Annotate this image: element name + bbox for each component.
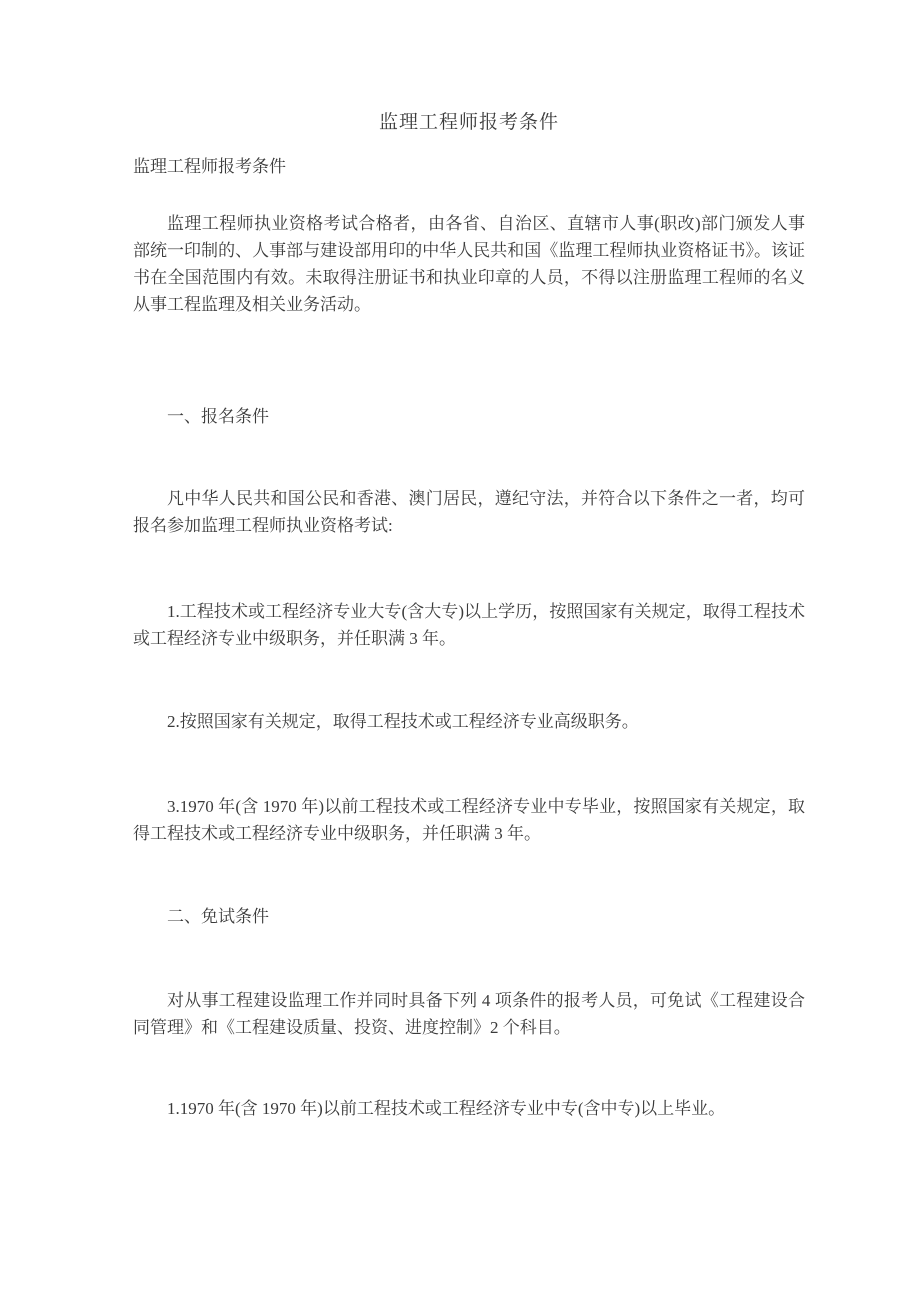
section-1-heading: 一、报名条件: [133, 403, 805, 430]
document-page: 监理工程师报考条件 监理工程师报考条件 监理工程师执业资格考试合格者，由各省、自…: [0, 0, 920, 1302]
section-1-item-2: 2.按照国家有关规定，取得工程技术或工程经济专业高级职务。: [133, 708, 805, 735]
section-1-lead-paragraph: 凡中华人民共和国公民和香港、澳门居民，遵纪守法，并符合以下条件之一者，均可报名参…: [133, 485, 805, 539]
section-1-item-3: 3.1970 年(含 1970 年)以前工程技术或工程经济专业中专毕业，按照国家…: [133, 793, 805, 847]
intro-paragraph: 监理工程师执业资格考试合格者，由各省、自治区、直辖市人事(职改)部门颁发人事部统…: [133, 210, 805, 318]
section-2-item-1: 1.1970 年(含 1970 年)以前工程技术或工程经济专业中专(含中专)以上…: [133, 1095, 805, 1122]
document-title: 监理工程师报考条件: [133, 109, 805, 136]
section-1-item-1: 1.工程技术或工程经济专业大专(含大专)以上学历，按照国家有关规定，取得工程技术…: [133, 598, 805, 652]
section-2-heading: 二、免试条件: [133, 903, 805, 930]
section-2-lead-paragraph: 对从事工程建设监理工作并同时具备下列 4 项条件的报考人员，可免试《工程建设合同…: [133, 987, 805, 1041]
document-subtitle: 监理工程师报考条件: [133, 153, 805, 180]
